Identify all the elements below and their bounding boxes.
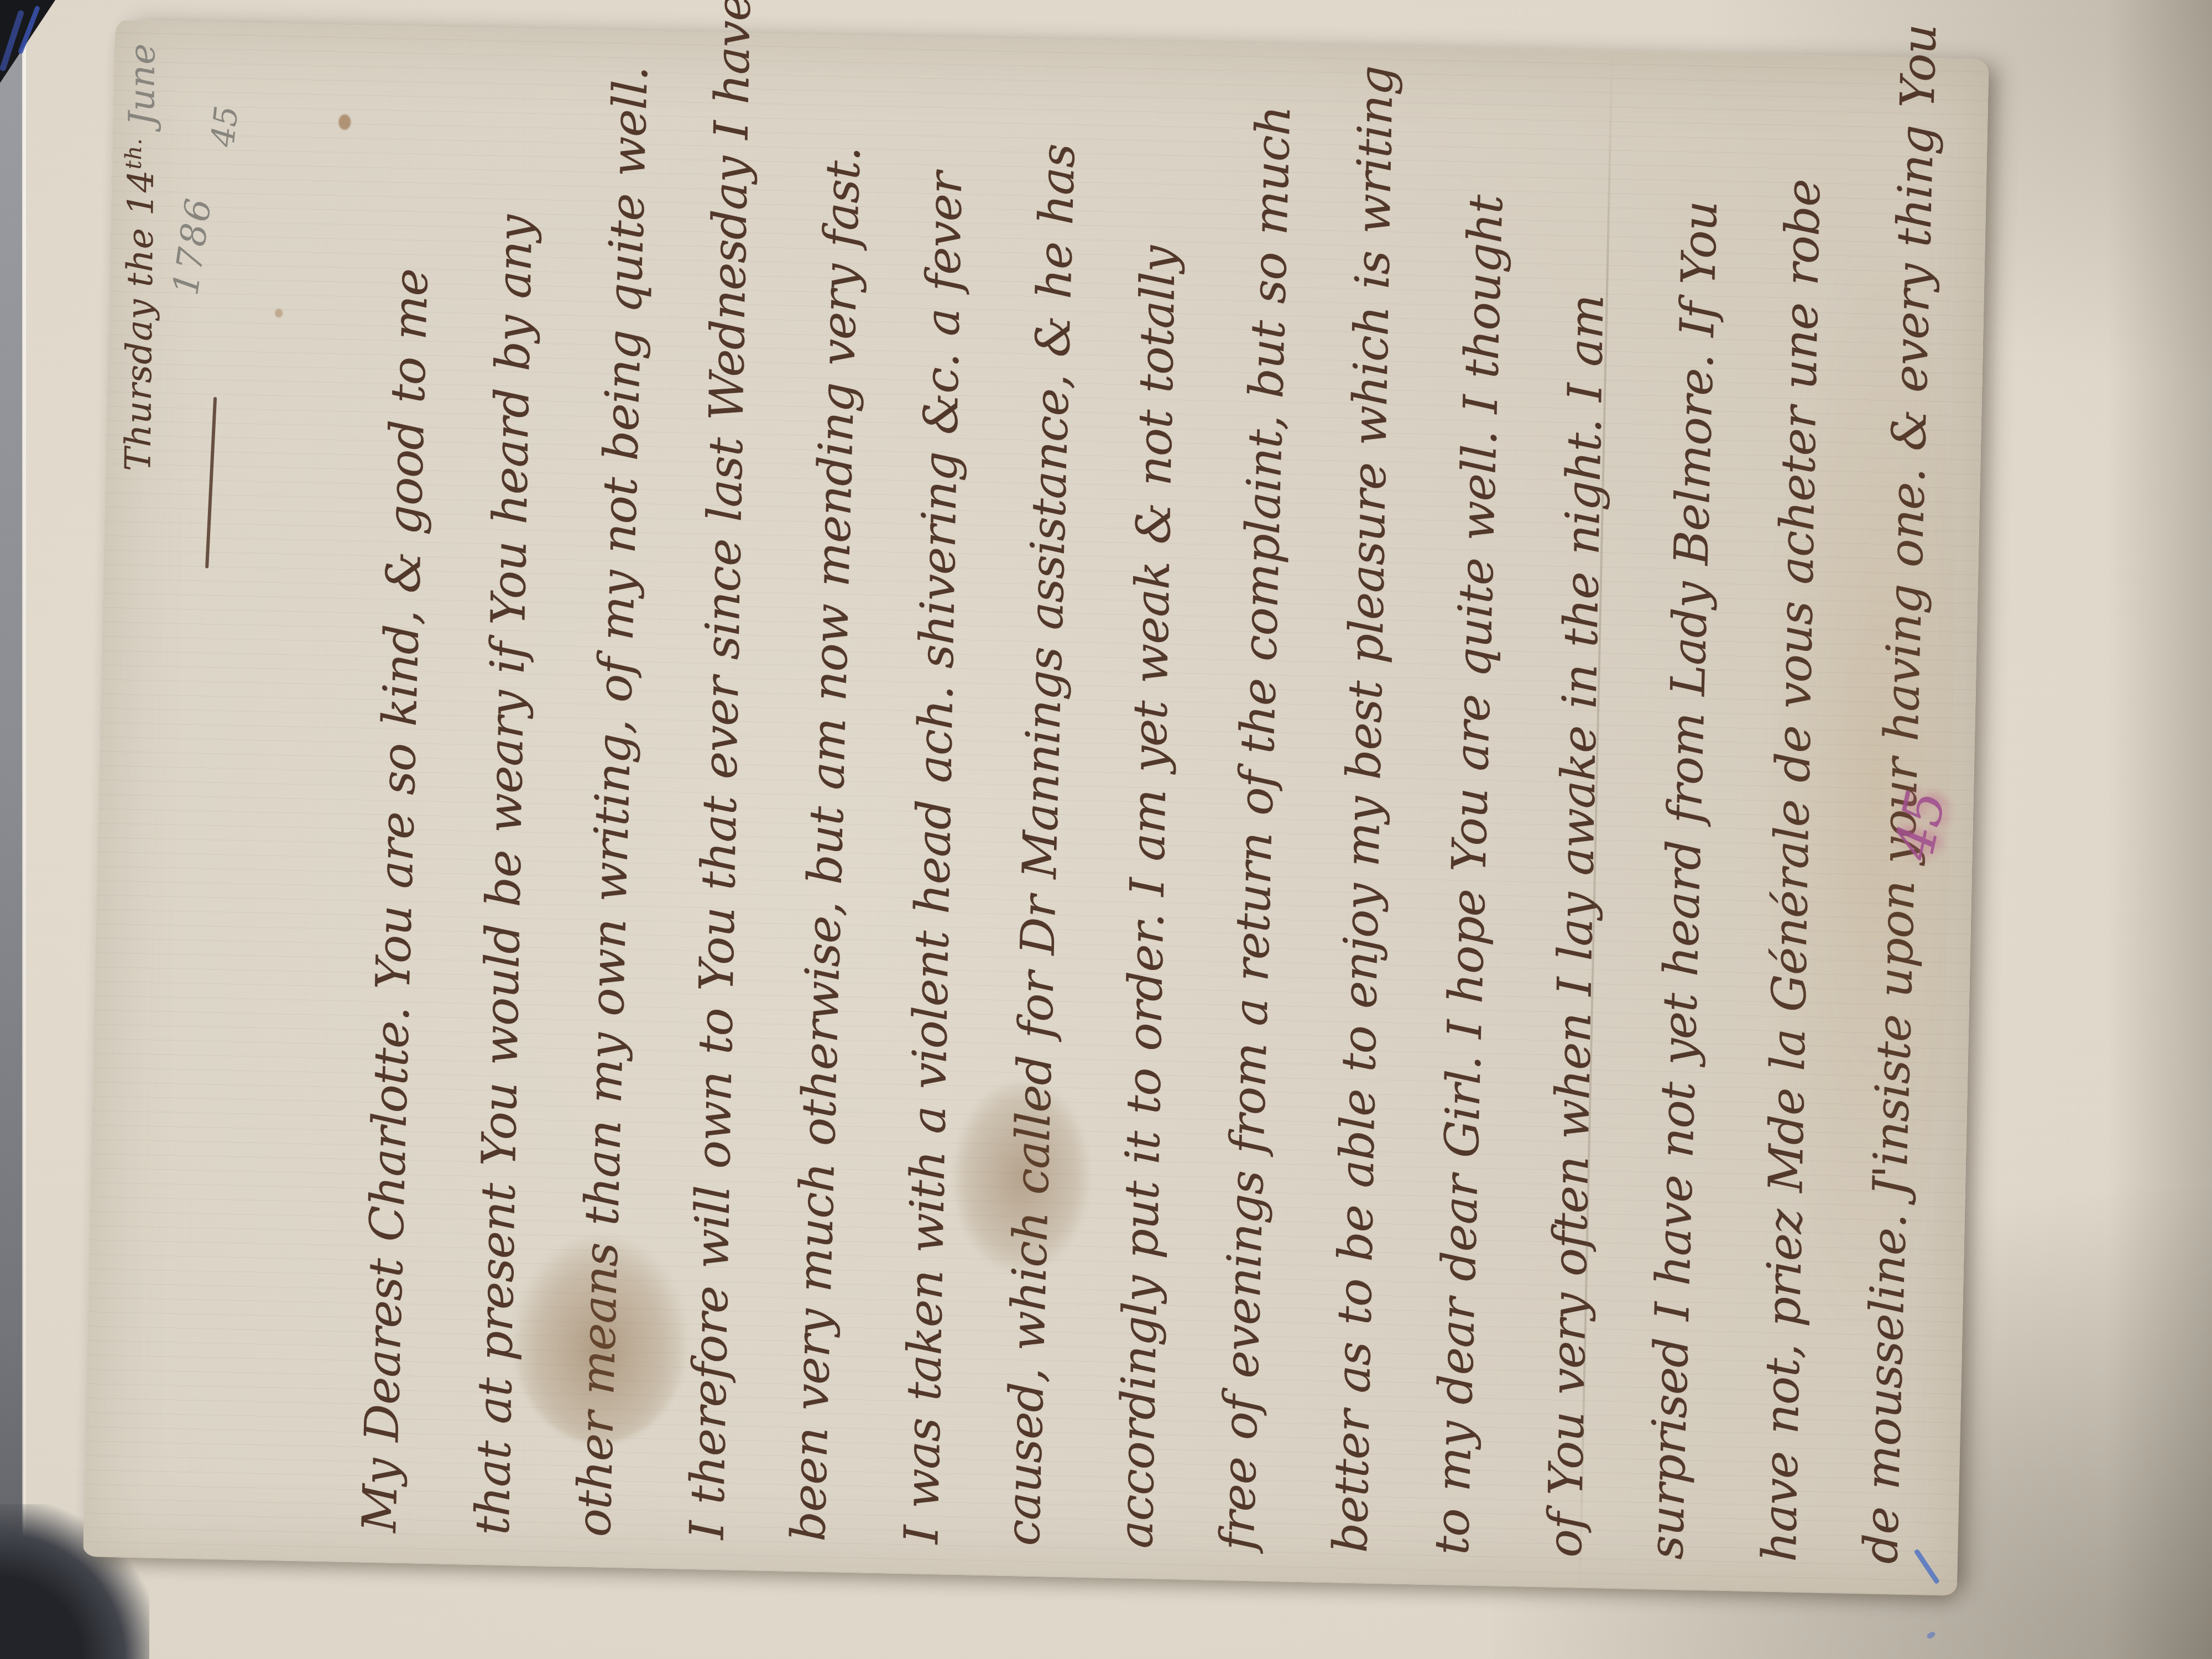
date-underline-stroke <box>205 397 217 568</box>
page-number-annotation: 45 <box>204 104 246 149</box>
table-edge-strip <box>0 0 23 1659</box>
photo-surface: Thursday the 14th. June 1786 45 My Deare… <box>0 0 2212 1659</box>
foxing-spot <box>338 114 351 130</box>
date-day-text: Thursday the 14 <box>118 169 162 471</box>
date-month-pencil: June <box>122 43 164 126</box>
date-ordinal: th. <box>121 138 147 170</box>
letter-page: Thursday the 14th. June 1786 45 My Deare… <box>83 20 1989 1596</box>
album-sheet-edge <box>22 0 26 1659</box>
foxing-spot <box>275 309 283 317</box>
